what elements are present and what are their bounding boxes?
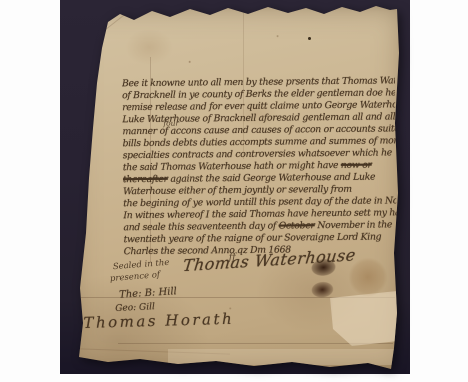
interlined-insertion: four bbox=[163, 119, 179, 128]
struck-text: October bbox=[279, 220, 315, 231]
struck-text: thereafter bbox=[123, 174, 168, 185]
witness-signature: Thomas Horath bbox=[83, 310, 234, 332]
manuscript-text-layer: Bee it knowne unto all men by these prse… bbox=[66, 1, 408, 373]
line-text: and seale this seaventeenth day of bbox=[123, 221, 278, 234]
photo-background: Bee it knowne unto all men by these prse… bbox=[60, 0, 410, 374]
page: Bee it knowne unto all men by these prse… bbox=[0, 0, 468, 382]
attestation-line: presence of bbox=[110, 270, 161, 284]
line-text: against the said George Waterhouse and L… bbox=[168, 172, 376, 185]
line-text: the said Thomas Waterhouse hath or might… bbox=[123, 160, 341, 173]
attestation-line: Sealed in the bbox=[113, 258, 170, 273]
line-text: November in the bbox=[315, 219, 393, 231]
struck-text: now or bbox=[341, 160, 372, 171]
witness-mark: The: B: Hill bbox=[119, 286, 177, 301]
manuscript-paper: Bee it knowne unto all men by these prse… bbox=[68, 3, 406, 371]
manuscript-paper-shadow: Bee it knowne unto all men by these prse… bbox=[68, 3, 406, 371]
